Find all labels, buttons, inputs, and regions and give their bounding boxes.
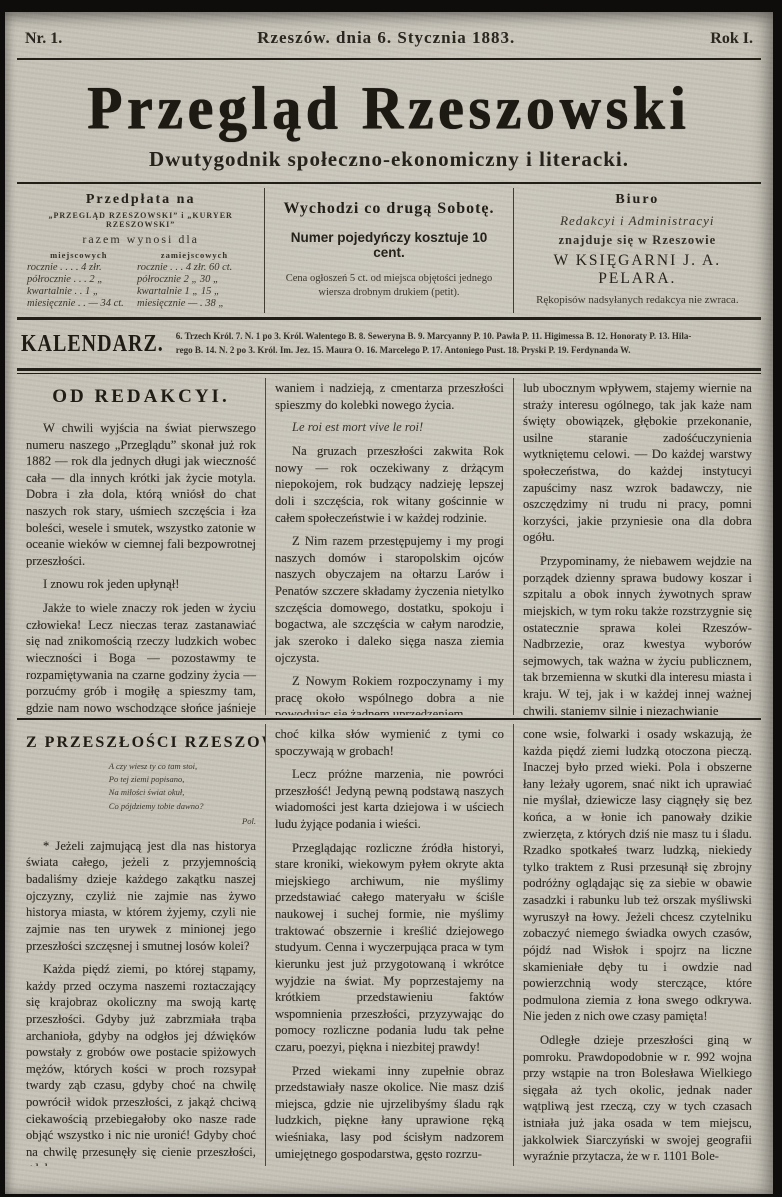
motto-signature: Pol. <box>109 815 256 828</box>
paragraph: * Jeżeli zajmującą jest dla nas historya… <box>26 838 256 954</box>
column-1: OD REDAKCYI. W chwili wyjścia na świat p… <box>17 378 265 715</box>
info-box: Przedpłata na „PRZEGLĄD RZESZOWSKI” i „K… <box>17 188 761 313</box>
paragraph: I znowu rok jeden upłynął! <box>26 576 256 593</box>
calendar-days: 6. Trzech Król. 7. N. 1 po 3. Król. Wale… <box>176 330 757 358</box>
subscription-note: razem wynosi dla <box>25 232 256 247</box>
masthead-topline: Nr. 1. Rzeszów. dnia 6. Stycznia 1883. R… <box>17 12 761 54</box>
motto-line: Na miłości świat okuł, <box>109 787 185 797</box>
article-heading: Z PRZESZŁOŚCI RZESZOWA. <box>26 734 256 752</box>
publication-schedule: Wychodzi co drugą Sobotę. <box>273 200 504 218</box>
column-3: lub ubocznym wpływem, stajemy wiernie na… <box>513 378 761 715</box>
price-cell: kwartalnie 1 „ 15 „ <box>137 286 254 297</box>
paragraph: Każda piędź ziemi, po której stąpamy, ka… <box>26 961 256 1166</box>
column-1: Z PRZESZŁOŚCI RZESZOWA. A czy wiesz ty c… <box>17 724 265 1166</box>
paragraph: Na gruzach przeszłości zakwita Rok nowy … <box>275 443 504 526</box>
subscription-subheaders: miejscowych zamiejscowych <box>25 250 256 260</box>
section-separator-rule <box>17 718 761 720</box>
price-cell: rocznie . . . . 4 złr. <box>27 262 129 273</box>
column-3: cone wsie, folwarki i osady wskazują, że… <box>513 724 761 1166</box>
newspaper-title: Przegląd Rzeszowski <box>17 73 761 143</box>
newspaper-page: Nr. 1. Rzeszów. dnia 6. Stycznia 1883. R… <box>5 12 773 1194</box>
newspaper-subtitle: Dwutygodnik społeczno-ekonomiczny i lite… <box>17 147 761 172</box>
publication-column: Wychodzi co drugą Sobotę. Numer pojedyńc… <box>264 188 512 313</box>
paragraph: Przeglądając rozliczne źródła historyi, … <box>275 840 504 1056</box>
calendar-strip: KALENDARZ. 6. Trzech Król. 7. N. 1 po 3.… <box>17 324 761 364</box>
office-heading: Biuro <box>522 192 753 208</box>
subscription-price-table: rocznie . . . . 4 złr. rocznie . . . 4 z… <box>25 262 256 309</box>
article-heading: OD REDAKCYI. <box>26 386 256 408</box>
paragraph: Z Nowym Rokiem rozpoczynamy i my pracę o… <box>275 673 504 715</box>
rule <box>17 182 761 184</box>
paragraph: Z Nim razem przestępujemy i my progi nas… <box>275 533 504 666</box>
article-od-redakcyi: OD REDAKCYI. W chwili wyjścia na świat p… <box>17 378 761 715</box>
paragraph: Przypominamy, że niebawem wejdzie na por… <box>523 553 752 715</box>
office-line1: Redakcyi i Administracyi <box>522 213 753 229</box>
paragraph: cone wsie, folwarki i osady wskazują, że… <box>523 726 752 1025</box>
volume-number: Rok I. <box>710 30 753 48</box>
rule <box>17 58 761 60</box>
price-cell: miesięcznie . . — 34 ct. <box>27 298 129 309</box>
calendar-label: KALENDARZ. <box>21 330 164 358</box>
motto-line: A czy wiesz ty co tam stoi, <box>109 761 197 771</box>
price-cell: rocznie . . . 4 złr. 60 ct. <box>137 262 254 273</box>
issue-number: Nr. 1. <box>25 30 62 48</box>
dateline: Rzeszów. dnia 6. Stycznia 1883. <box>257 28 515 48</box>
price-cell: półrocznie 2 „ 30 „ <box>137 274 254 285</box>
motto-line: Po tej ziemi popisano, <box>109 774 185 784</box>
paragraph: Lecz próżne marzenia, nie powróci przesz… <box>275 766 504 832</box>
newspaper-scan: Nr. 1. Rzeszów. dnia 6. Stycznia 1883. R… <box>0 0 782 1197</box>
single-issue-price: Numer pojedyńczy kosztuje 10 cent. <box>273 230 504 260</box>
subscription-papers: „PRZEGLĄD RZESZOWSKI” i „KURYER RZESZOWS… <box>25 211 256 229</box>
paragraph: Przed wiekami inny zupełnie obraz przeds… <box>275 1063 504 1163</box>
subscription-column: Przedpłata na „PRZEGLĄD RZESZOWSKI” i „K… <box>17 188 264 313</box>
local-header: miejscowych <box>25 250 133 260</box>
paragraph: W chwili wyjścia na świat pierwszego num… <box>26 420 256 569</box>
calendar-line2: rego B. 14. N. 2 po 3. Król. Im. Jez. 15… <box>176 345 631 355</box>
price-cell: kwartalnie . . 1 „ <box>27 286 129 297</box>
office-line2: znajduje się w Rzeszowie <box>522 233 753 248</box>
office-line3: W KSIĘGARNI J. A. PELARA. <box>522 252 753 288</box>
office-column: Biuro Redakcyi i Administracyi znajduje … <box>513 188 761 313</box>
calendar-line1: 6. Trzech Król. 7. N. 1 po 3. Król. Wale… <box>176 331 692 341</box>
advertising-note: Cena ogłoszeń 5 ct. od miejsca objętości… <box>273 272 504 300</box>
price-cell: półrocznie . . . 2 „ <box>27 274 129 285</box>
paragraph: waniem i nadzieją, z cmentarza przeszłoś… <box>275 380 504 413</box>
rule <box>17 368 761 374</box>
subscription-heading: Przedpłata na <box>25 192 256 208</box>
column-2: waniem i nadzieją, z cmentarza przeszłoś… <box>265 378 513 715</box>
paragraph: Odległe dzieje przeszłości giną w pomrok… <box>523 1032 752 1165</box>
column-2: choć kilka słów wymienić z tymi co spocz… <box>265 724 513 1166</box>
motto-line: Co pójdziemy tobie dawno? <box>109 801 204 811</box>
article-z-przeszlosci-rzeszowa: Z PRZESZŁOŚCI RZESZOWA. A czy wiesz ty c… <box>17 724 761 1166</box>
paragraph: lub ubocznym wpływem, stajemy wiernie na… <box>523 380 752 546</box>
remote-header: zamiejscowych <box>133 250 257 260</box>
manuscripts-note: Rękopisów nadsyłanych redakcya nie zwrac… <box>522 293 753 307</box>
french-quote: Le roi est mort vive le roi! <box>275 420 504 435</box>
article-motto: A czy wiesz ty co tam stoi, Po tej ziemi… <box>109 760 256 828</box>
price-cell: miesięcznie — . 38 „ <box>137 298 254 309</box>
rule <box>17 317 761 320</box>
paragraph: choć kilka słów wymienić z tymi co spocz… <box>275 726 504 759</box>
paragraph: Jakże to wiele znaczy rok jeden w życiu … <box>26 600 256 715</box>
